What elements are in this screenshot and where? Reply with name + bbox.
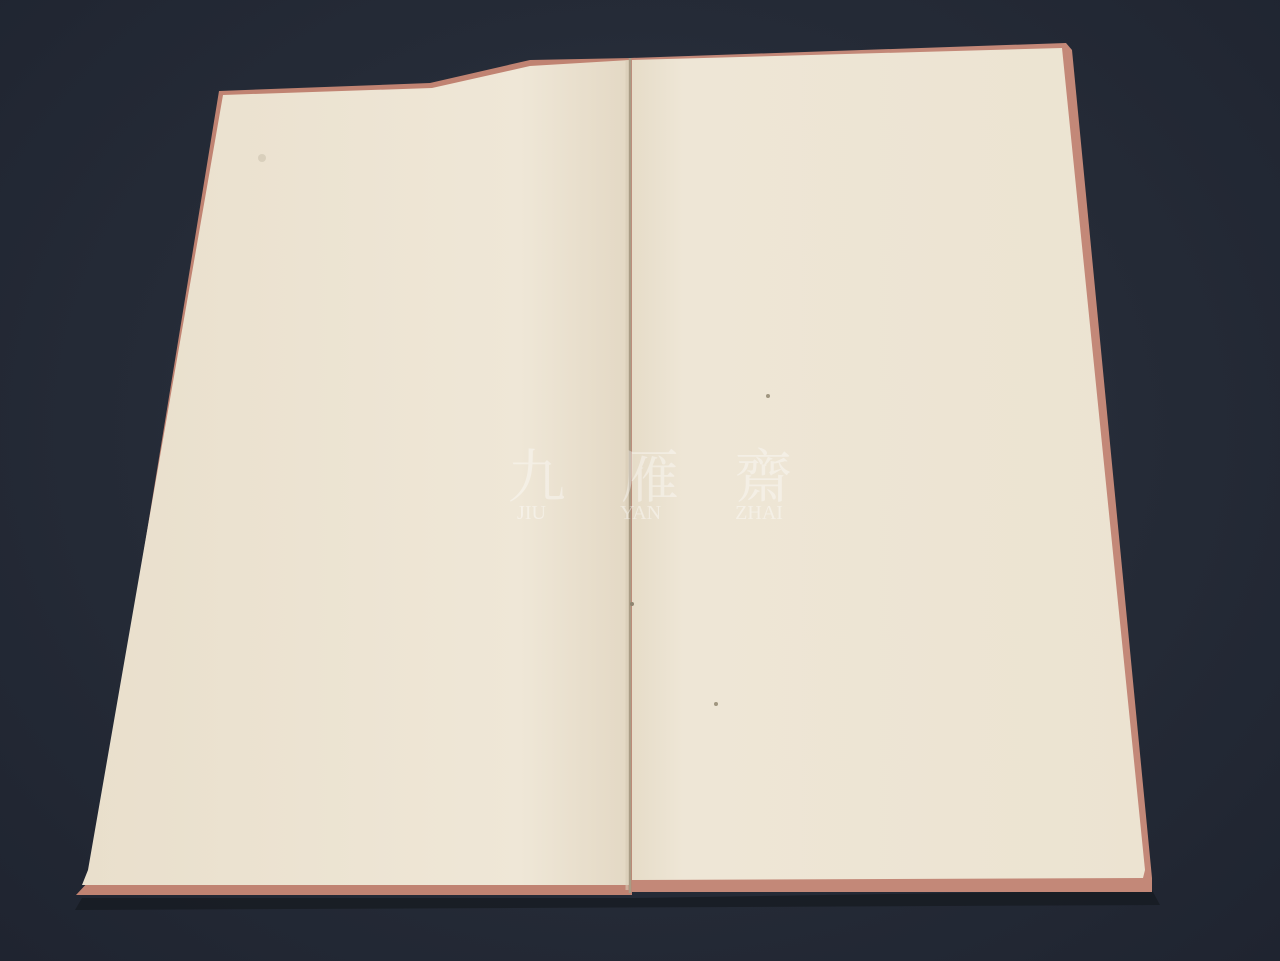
open-book [0, 0, 1280, 961]
left-page [82, 60, 630, 885]
right-page [632, 48, 1145, 880]
photo-scene: 九 雁 齋 JIU YAN ZHAI [0, 0, 1280, 961]
